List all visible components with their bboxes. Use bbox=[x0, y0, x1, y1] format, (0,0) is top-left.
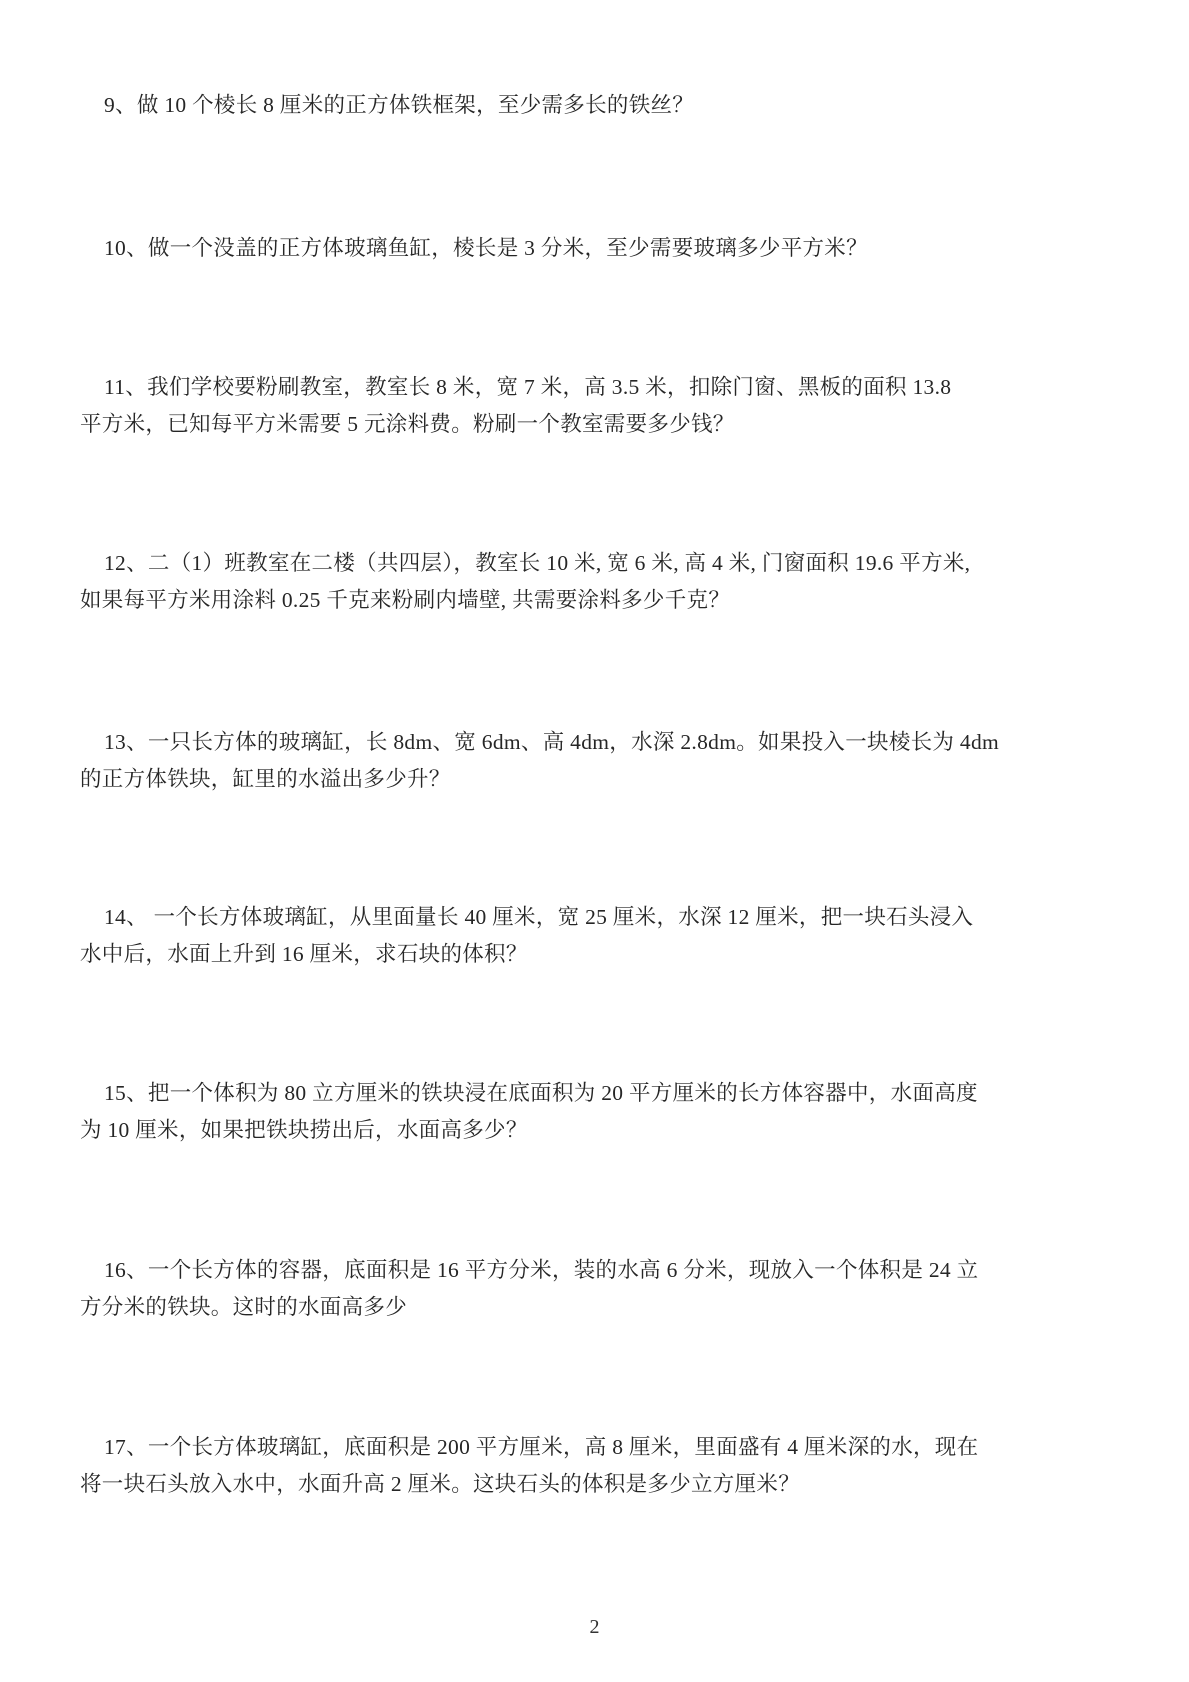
question-line: 水中后，水面上升到 16 厘米，求石块的体积？ bbox=[80, 936, 1120, 973]
question-10: 10、做一个没盖的正方体玻璃鱼缸，棱长是 3 分米，至少需要玻璃多少平方米？ bbox=[80, 230, 1120, 267]
question-line: 17、一个长方体玻璃缸，底面积是 200 平方厘米，高 8 厘米，里面盛有 4 … bbox=[80, 1429, 1120, 1466]
question-line: 10、做一个没盖的正方体玻璃鱼缸，棱长是 3 分米，至少需要玻璃多少平方米？ bbox=[80, 230, 1120, 267]
question-12: 12、二（1）班教室在二楼（共四层），教室长 10 米, 宽 6 米, 高 4 … bbox=[80, 545, 1120, 619]
question-line: 方分米的铁块。这时的水面高多少 bbox=[80, 1289, 1120, 1326]
question-line: 的正方体铁块，缸里的水溢出多少升？ bbox=[80, 761, 1120, 798]
question-line: 为 10 厘米，如果把铁块捞出后，水面高多少？ bbox=[80, 1112, 1120, 1149]
question-16: 16、一个长方体的容器，底面积是 16 平方分米，装的水高 6 分米，现放入一个… bbox=[80, 1252, 1120, 1326]
question-line: 将一块石头放入水中，水面升高 2 厘米。这块石头的体积是多少立方厘米？ bbox=[80, 1466, 1120, 1503]
question-14: 14、 一个长方体玻璃缸，从里面量长 40 厘米，宽 25 厘米，水深 12 厘… bbox=[80, 899, 1120, 973]
question-line: 9、做 10 个棱长 8 厘米的正方体铁框架，至少需多长的铁丝？ bbox=[80, 87, 1120, 124]
page-footer: 2 bbox=[0, 1612, 1189, 1642]
question-line: 平方米，已知每平方米需要 5 元涂料费。粉刷一个教室需要多少钱？ bbox=[80, 406, 1120, 443]
question-15: 15、把一个体积为 80 立方厘米的铁块浸在底面积为 20 平方厘米的长方体容器… bbox=[80, 1075, 1120, 1149]
worksheet-page: 9、做 10 个棱长 8 厘米的正方体铁框架，至少需多长的铁丝？ 10、做一个没… bbox=[0, 0, 1189, 1682]
question-line: 如果每平方米用涂料 0.25 千克来粉刷内墙壁, 共需要涂料多少千克？ bbox=[80, 582, 1120, 619]
question-line: 15、把一个体积为 80 立方厘米的铁块浸在底面积为 20 平方厘米的长方体容器… bbox=[80, 1075, 1120, 1112]
question-11: 11、我们学校要粉刷教室，教室长 8 米，宽 7 米，高 3.5 米，扣除门窗、… bbox=[80, 369, 1120, 443]
question-17: 17、一个长方体玻璃缸，底面积是 200 平方厘米，高 8 厘米，里面盛有 4 … bbox=[80, 1429, 1120, 1503]
page-number: 2 bbox=[590, 1616, 600, 1638]
question-9: 9、做 10 个棱长 8 厘米的正方体铁框架，至少需多长的铁丝？ bbox=[80, 87, 1120, 124]
question-line: 14、 一个长方体玻璃缸，从里面量长 40 厘米，宽 25 厘米，水深 12 厘… bbox=[80, 899, 1120, 936]
question-line: 12、二（1）班教室在二楼（共四层），教室长 10 米, 宽 6 米, 高 4 … bbox=[80, 545, 1120, 582]
question-line: 13、一只长方体的玻璃缸，长 8dm、宽 6dm、高 4dm，水深 2.8dm。… bbox=[80, 724, 1120, 761]
question-line: 16、一个长方体的容器，底面积是 16 平方分米，装的水高 6 分米，现放入一个… bbox=[80, 1252, 1120, 1289]
question-line: 11、我们学校要粉刷教室，教室长 8 米，宽 7 米，高 3.5 米，扣除门窗、… bbox=[80, 369, 1120, 406]
question-13: 13、一只长方体的玻璃缸，长 8dm、宽 6dm、高 4dm，水深 2.8dm。… bbox=[80, 724, 1120, 798]
